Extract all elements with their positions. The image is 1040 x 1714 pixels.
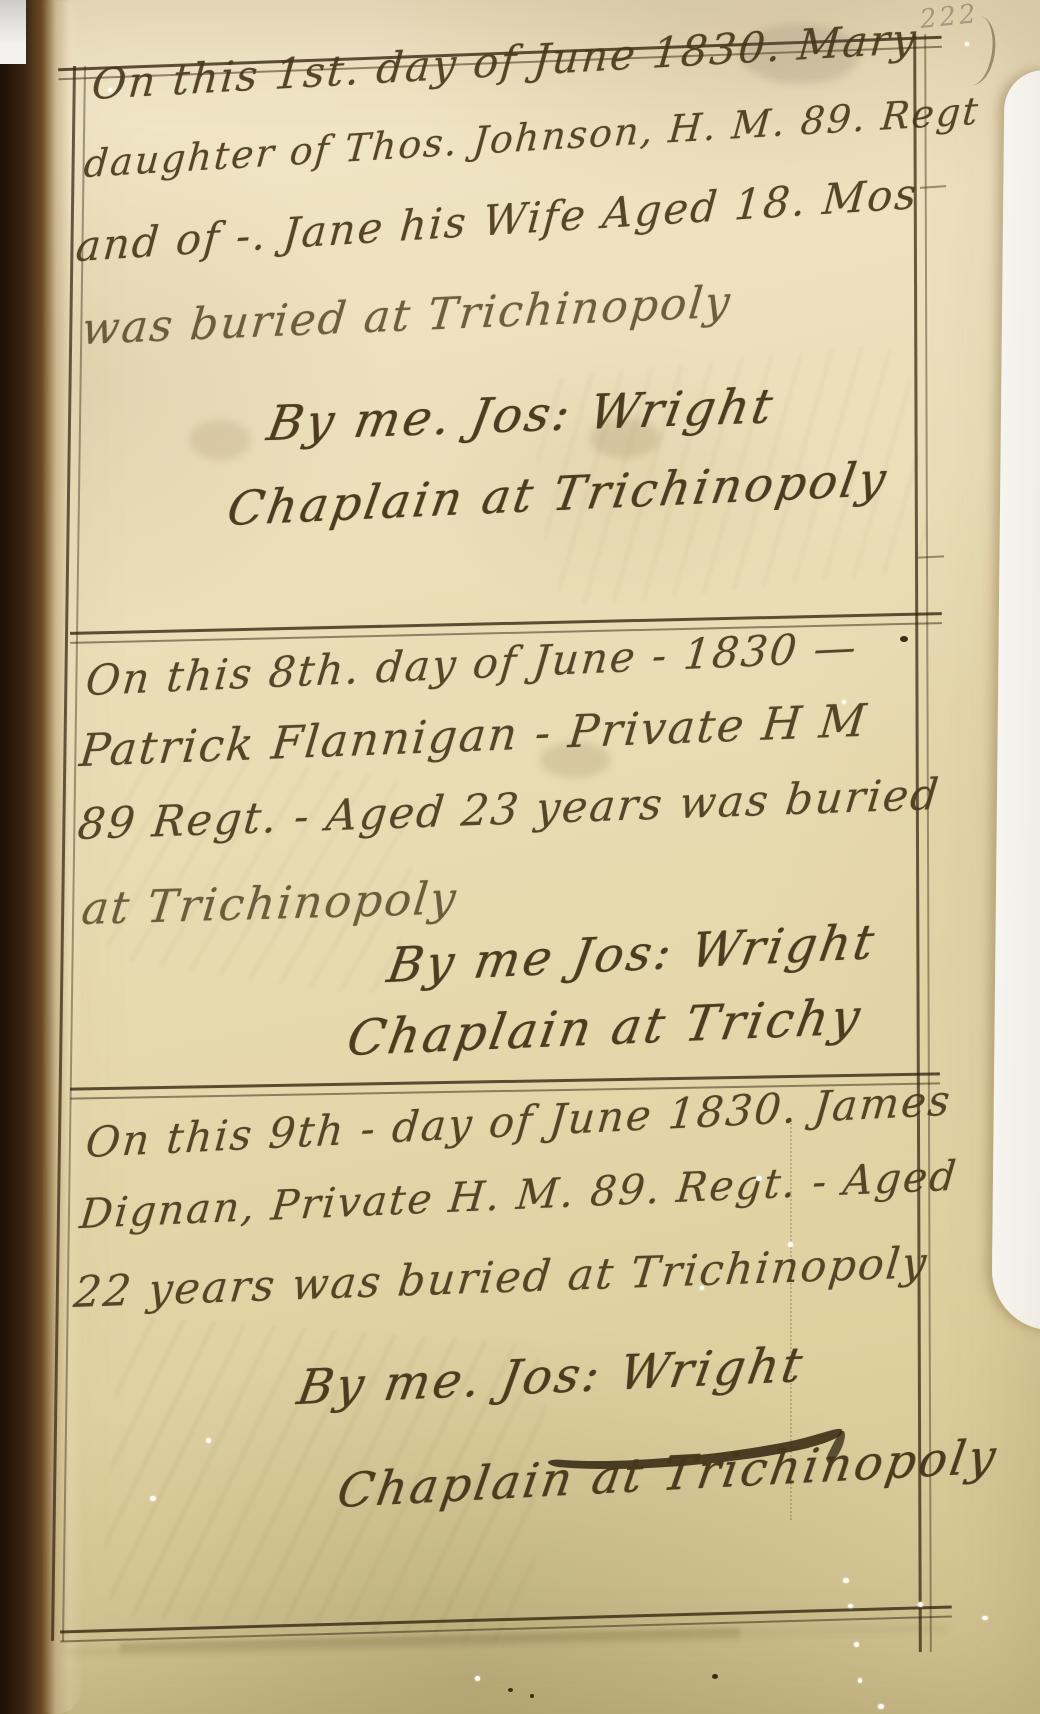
ink-speck xyxy=(712,1674,718,1679)
paper-speck xyxy=(918,1602,923,1607)
paper-speck xyxy=(848,1604,853,1608)
paper-speck xyxy=(965,42,969,46)
paper-speck xyxy=(108,88,113,92)
scanner-background xyxy=(0,0,26,64)
paper-speck xyxy=(206,1438,211,1443)
paper-speck xyxy=(788,1242,793,1247)
ink-speck xyxy=(900,636,908,642)
paper-speck xyxy=(982,1616,988,1620)
ink-speck xyxy=(530,1694,534,1698)
paper-speck xyxy=(756,1176,762,1181)
paper-speck xyxy=(854,1642,859,1647)
ink-smudge xyxy=(190,420,250,460)
ink-speck xyxy=(508,1688,513,1692)
paper-speck xyxy=(842,700,846,704)
paper-speck xyxy=(843,1578,849,1583)
paper-speck xyxy=(475,1676,480,1681)
paper-speck xyxy=(150,1496,156,1501)
paper-speck xyxy=(700,1286,704,1290)
paper-speck xyxy=(858,1678,862,1683)
register-page-scan: 222 On this 1st. day of June 1830. Mary … xyxy=(0,0,1040,1714)
paper-speck xyxy=(878,1704,884,1709)
entry-line: at Trichinopoly xyxy=(79,871,460,935)
